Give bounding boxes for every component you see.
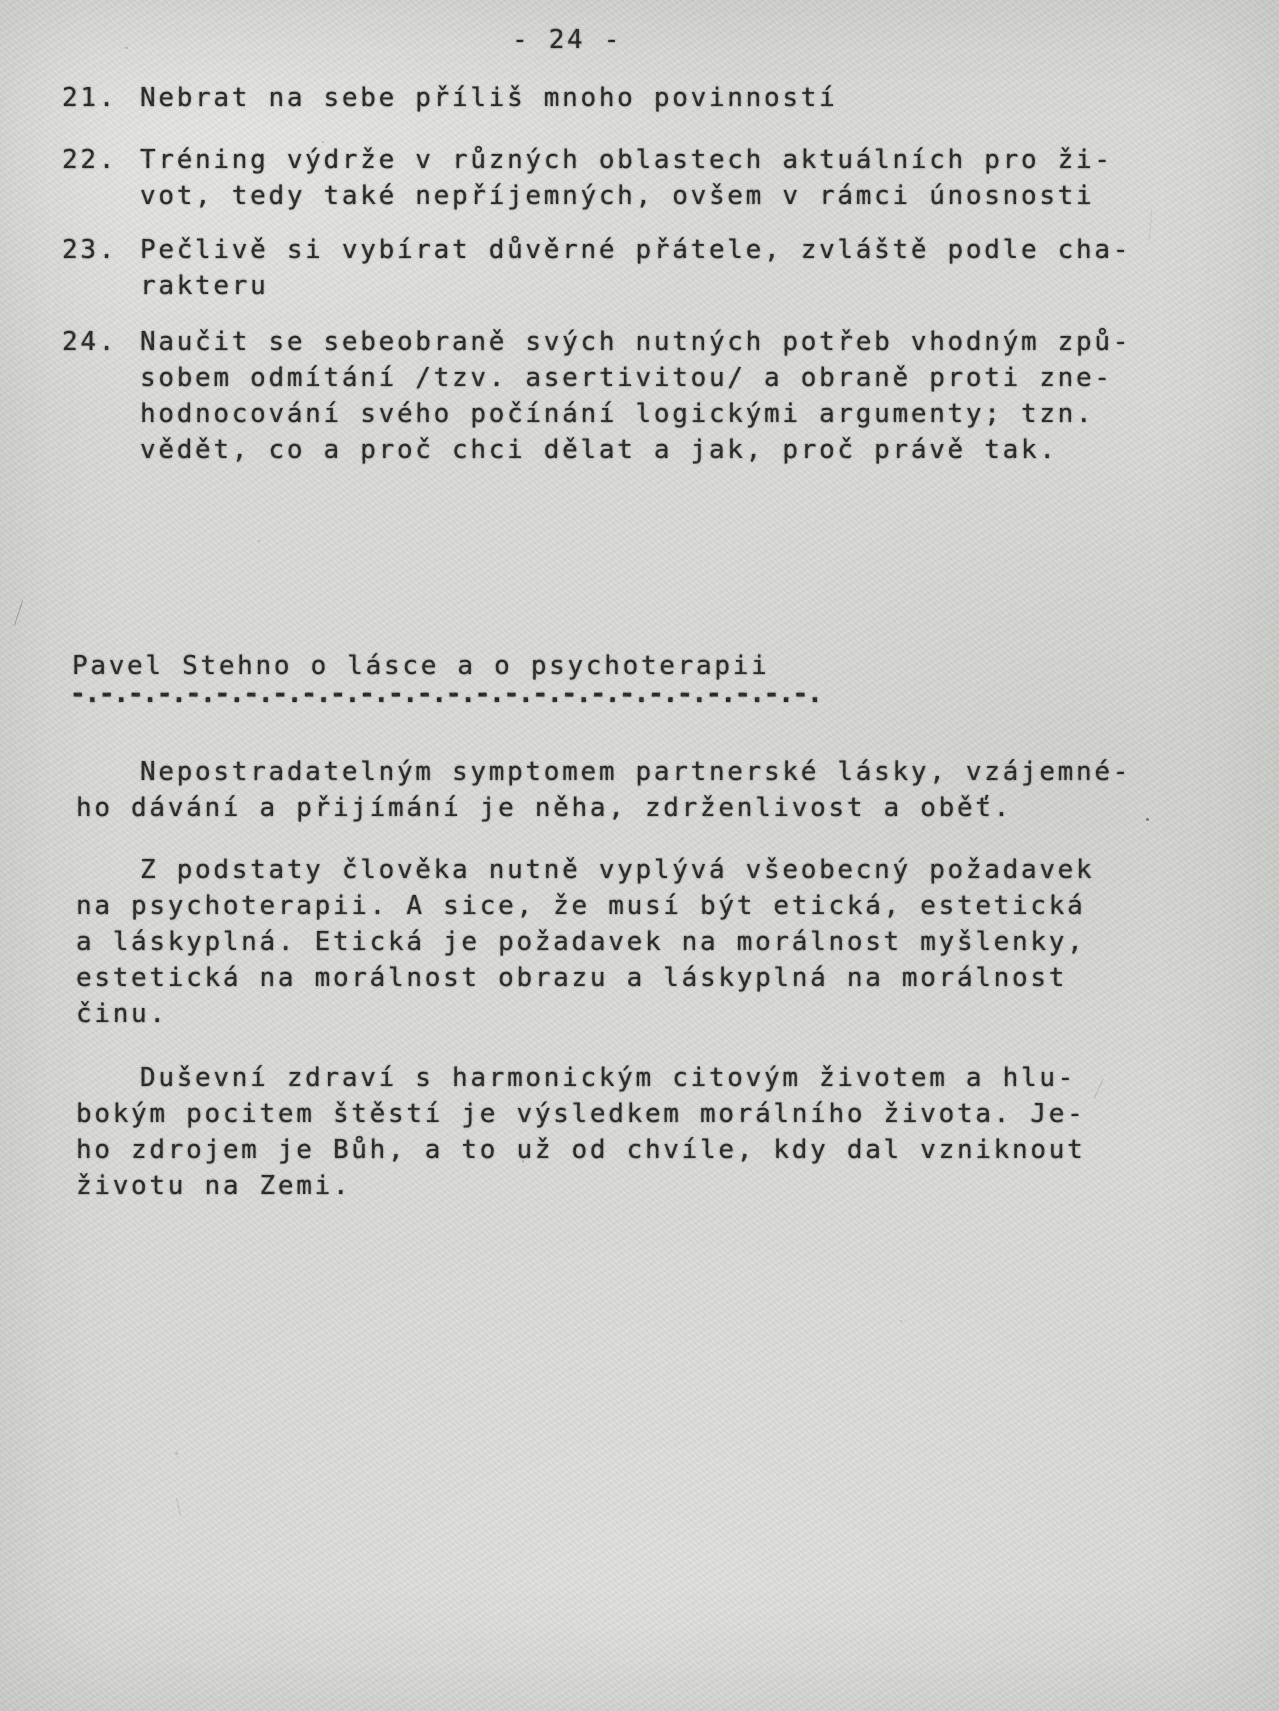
list-item: 21. Nebrat na sebe příliš mnoho povinnos… bbox=[62, 80, 1222, 116]
paper-streak bbox=[14, 600, 23, 625]
paper-speck bbox=[175, 1452, 178, 1455]
paper-speck bbox=[900, 1320, 902, 1322]
list-item-number: 22. bbox=[62, 142, 140, 178]
list-item-number: 24. bbox=[62, 324, 140, 360]
list-item-number: 23. bbox=[62, 232, 140, 268]
list-item-text: Nebrat na sebe příliš mnoho povinností bbox=[140, 80, 1222, 116]
paper-streak bbox=[176, 1498, 181, 1516]
page-number: - 24 - bbox=[512, 22, 622, 58]
list-item: 24. Naučit se sebeobraně svých nutných p… bbox=[62, 324, 1222, 468]
paragraph: Nepostradatelným symptomem partnerské lá… bbox=[76, 754, 1246, 826]
scanned-typewritten-page: - 24 - 21. Nebrat na sebe příliš mnoho p… bbox=[0, 0, 1279, 1711]
paper-speck bbox=[125, 47, 128, 49]
list-item: 23. Pečlivě si vybírat důvěrné přátele, … bbox=[62, 232, 1222, 304]
paper-speck bbox=[258, 540, 260, 542]
list-item-number: 21. bbox=[62, 80, 140, 116]
heading-underline: -.-.-.-.-.-.-.-.-.-.-.-.-.-.-.-.-.-.-.-.… bbox=[70, 676, 822, 712]
paragraph: Z podstaty člověka nutně vyplývá všeobec… bbox=[76, 852, 1246, 1032]
list-item: 22. Tréning výdrže v různých oblastech a… bbox=[62, 142, 1222, 214]
list-item-text: Tréning výdrže v různých oblastech aktuá… bbox=[140, 142, 1222, 214]
paragraph: Duševní zdraví s harmonickým citovým živ… bbox=[76, 1060, 1246, 1204]
list-item-text: Naučit se sebeobraně svých nutných potře… bbox=[140, 324, 1222, 468]
list-item-text: Pečlivě si vybírat důvěrné přátele, zvlá… bbox=[140, 232, 1222, 304]
